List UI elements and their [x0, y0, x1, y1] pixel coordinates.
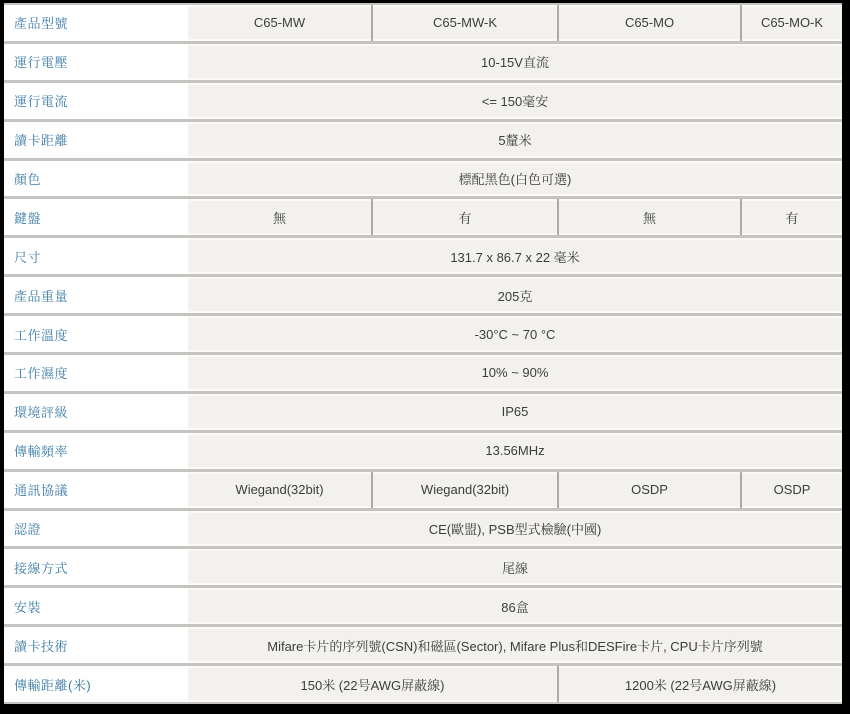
row-label-operating-temperature: 工作溫度	[4, 316, 188, 352]
row-label-keypad: 鍵盤	[4, 199, 188, 235]
cell-model-c65-mo: C65-MO	[557, 5, 740, 41]
cell-transmission-distance-wiegand: 150米 (22号AWG屏蔽線)	[188, 666, 557, 702]
cell-protocol-3: OSDP	[557, 472, 740, 508]
cell-operating-current: <= 150毫安	[188, 83, 842, 119]
cell-color: 標配黑色(白色可選)	[188, 161, 842, 197]
row-label-card-technology: 讀卡技術	[4, 627, 188, 663]
cell-model-c65-mw: C65-MW	[188, 5, 371, 41]
row-label-product-model: 產品型號	[4, 5, 188, 41]
cell-certification: CE(歐盟), PSB型式檢驗(中國)	[188, 511, 842, 547]
row-label-wiring-method: 接線方式	[4, 549, 188, 585]
cell-protocol-1: Wiegand(32bit)	[188, 472, 371, 508]
cell-model-c65-mw-k: C65-MW-K	[371, 5, 557, 41]
spec-row-color: 顏色 標配黑色(白色可選)	[4, 161, 842, 200]
row-label-product-weight: 產品重量	[4, 277, 188, 313]
spec-row-product-weight: 產品重量 205克	[4, 277, 842, 316]
cell-environmental-rating: IP65	[188, 394, 842, 430]
row-label-certification: 認證	[4, 511, 188, 547]
cell-operating-temperature: -30°C ~ 70 °C	[188, 316, 842, 352]
cell-transmission-frequency: 13.56MHz	[188, 433, 842, 469]
spec-row-keypad: 鍵盤 無 有 無 有	[4, 199, 842, 238]
row-label-operating-humidity: 工作濕度	[4, 355, 188, 391]
row-label-operating-voltage: 運行電壓	[4, 44, 188, 80]
cell-keypad-4: 有	[740, 199, 842, 235]
row-label-environmental-rating: 環境評級	[4, 394, 188, 430]
cell-read-distance: 5釐米	[188, 122, 842, 158]
cell-keypad-2: 有	[371, 199, 557, 235]
spec-row-certification: 認證 CE(歐盟), PSB型式檢驗(中國)	[4, 511, 842, 550]
spec-row-read-distance: 讀卡距離 5釐米	[4, 122, 842, 161]
spec-row-transmission-frequency: 傳輸頻率 13.56MHz	[4, 433, 842, 472]
cell-operating-voltage: 10-15V直流	[188, 44, 842, 80]
row-label-dimensions: 尺寸	[4, 238, 188, 274]
spec-row-operating-voltage: 運行電壓 10-15V直流	[4, 44, 842, 83]
row-label-communication-protocol: 通訊協議	[4, 472, 188, 508]
spec-row-installation: 安裝 86盒	[4, 588, 842, 627]
cell-protocol-4: OSDP	[740, 472, 842, 508]
page-frame: 產品型號 C65-MW C65-MW-K C65-MO C65-MO-K 運行電…	[0, 0, 850, 714]
spec-row-operating-current: 運行電流 <= 150毫安	[4, 83, 842, 122]
cell-operating-humidity: 10% ~ 90%	[188, 355, 842, 391]
row-label-read-distance: 讀卡距離	[4, 122, 188, 158]
spec-row-dimensions: 尺寸 131.7 x 86.7 x 22 毫米	[4, 238, 842, 277]
cell-dimensions: 131.7 x 86.7 x 22 毫米	[188, 238, 842, 274]
cell-transmission-distance-osdp: 1200米 (22号AWG屏蔽線)	[557, 666, 842, 702]
spec-row-operating-temperature: 工作溫度 -30°C ~ 70 °C	[4, 316, 842, 355]
row-label-transmission-distance: 傳輸距離(米)	[4, 666, 188, 702]
spec-row-communication-protocol: 通訊協議 Wiegand(32bit) Wiegand(32bit) OSDP …	[4, 472, 842, 511]
spec-row-product-model: 產品型號 C65-MW C65-MW-K C65-MO C65-MO-K	[4, 5, 842, 44]
row-label-installation: 安裝	[4, 588, 188, 624]
cell-wiring-method: 尾線	[188, 549, 842, 585]
row-label-transmission-frequency: 傳輸頻率	[4, 433, 188, 469]
spec-row-environmental-rating: 環境評級 IP65	[4, 394, 842, 433]
cell-protocol-2: Wiegand(32bit)	[371, 472, 557, 508]
cell-product-weight: 205克	[188, 277, 842, 313]
spec-row-operating-humidity: 工作濕度 10% ~ 90%	[4, 355, 842, 394]
cell-card-technology: Mifare卡片的序列號(CSN)和磁區(Sector), Mifare Plu…	[188, 627, 842, 663]
cell-installation: 86盒	[188, 588, 842, 624]
cell-model-c65-mo-k: C65-MO-K	[740, 5, 842, 41]
row-label-color: 顏色	[4, 161, 188, 197]
product-spec-table: 產品型號 C65-MW C65-MW-K C65-MO C65-MO-K 運行電…	[4, 3, 842, 704]
spec-row-transmission-distance: 傳輸距離(米) 150米 (22号AWG屏蔽線) 1200米 (22号AWG屏蔽…	[4, 666, 842, 704]
spec-row-wiring-method: 接線方式 尾線	[4, 549, 842, 588]
row-label-operating-current: 運行電流	[4, 83, 188, 119]
cell-keypad-3: 無	[557, 199, 740, 235]
spec-row-card-technology: 讀卡技術 Mifare卡片的序列號(CSN)和磁區(Sector), Mifar…	[4, 627, 842, 666]
cell-keypad-1: 無	[188, 199, 371, 235]
